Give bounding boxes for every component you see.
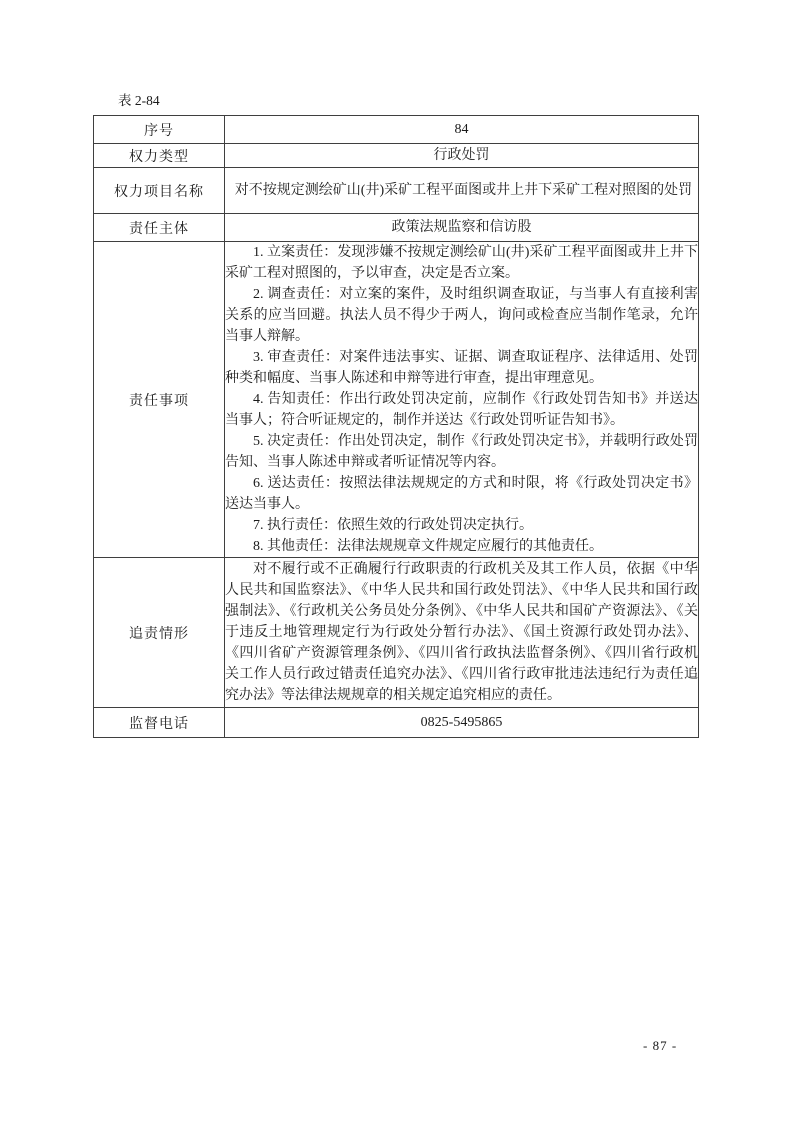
responsibility-item-5: 5. 决定责任：作出处罚决定，制作《行政处罚决定书》，并载明行政处罚告知、当事人… xyxy=(225,431,698,473)
table-row-supervision-phone: 监督电话 0825-5495865 xyxy=(94,708,699,738)
row-value-supervision-phone: 0825-5495865 xyxy=(225,708,699,738)
row-label-power-type: 权力类型 xyxy=(94,144,225,168)
table-row-power-type: 权力类型 行政处罚 xyxy=(94,144,699,168)
row-value-responsible-body: 政策法规监察和信访股 xyxy=(225,214,699,242)
row-value-accountability: 对不履行或不正确履行行政职责的行政机关及其工作人员，依据《中华人民共和国监察法》… xyxy=(225,558,699,708)
row-label-responsibility-items: 责任事项 xyxy=(94,242,225,558)
responsibility-item-6: 6. 送达责任：按照法律法规规定的方式和时限，将《行政处罚决定书》送达当事人。 xyxy=(225,473,698,515)
responsibility-item-3: 3. 审查责任：对案件违法事实、证据、调查取证程序、法律适用、处罚种类和幅度、当… xyxy=(225,347,698,389)
responsibility-item-4: 4. 告知责任：作出行政处罚决定前，应制作《行政处罚告知书》并送达当事人；符合听… xyxy=(225,389,698,431)
power-item-table: 序号 84 权力类型 行政处罚 权力项目名称 对不按规定测绘矿山(井)采矿工程平… xyxy=(93,115,699,738)
table-row-power-item-name: 权力项目名称 对不按规定测绘矿山(井)采矿工程平面图或井上井下采矿工程对照图的处… xyxy=(94,168,699,214)
row-label-power-item-name: 权力项目名称 xyxy=(94,168,225,214)
table-row-serial: 序号 84 xyxy=(94,116,699,144)
row-value-serial: 84 xyxy=(225,116,699,144)
table-row-accountability: 追责情形 对不履行或不正确履行行政职责的行政机关及其工作人员，依据《中华人民共和… xyxy=(94,558,699,708)
row-label-accountability: 追责情形 xyxy=(94,558,225,708)
responsibility-item-7: 7. 执行责任：依照生效的行政处罚决定执行。 xyxy=(225,515,698,536)
table-caption: 表 2-84 xyxy=(118,93,160,109)
responsibility-item-2: 2. 调查责任：对立案的案件，及时组织调查取证，与当事人有直接利害关系的应当回避… xyxy=(225,284,698,347)
row-value-responsibility-items: 1. 立案责任：发现涉嫌不按规定测绘矿山(井)采矿工程平面图或井上井下采矿工程对… xyxy=(225,242,699,558)
row-label-serial: 序号 xyxy=(94,116,225,144)
responsibility-item-1: 1. 立案责任：发现涉嫌不按规定测绘矿山(井)采矿工程平面图或井上井下采矿工程对… xyxy=(225,242,698,284)
row-value-power-type: 行政处罚 xyxy=(225,144,699,168)
row-value-power-item-name: 对不按规定测绘矿山(井)采矿工程平面图或井上井下采矿工程对照图的处罚 xyxy=(225,168,699,214)
table-row-responsibility-items: 责任事项 1. 立案责任：发现涉嫌不按规定测绘矿山(井)采矿工程平面图或井上井下… xyxy=(94,242,699,558)
responsibility-item-8: 8. 其他责任：法律法规规章文件规定应履行的其他责任。 xyxy=(225,536,698,557)
table-row-responsible-body: 责任主体 政策法规监察和信访股 xyxy=(94,214,699,242)
page-number: - 87 - xyxy=(643,1038,677,1054)
row-label-responsible-body: 责任主体 xyxy=(94,214,225,242)
row-label-supervision-phone: 监督电话 xyxy=(94,708,225,738)
